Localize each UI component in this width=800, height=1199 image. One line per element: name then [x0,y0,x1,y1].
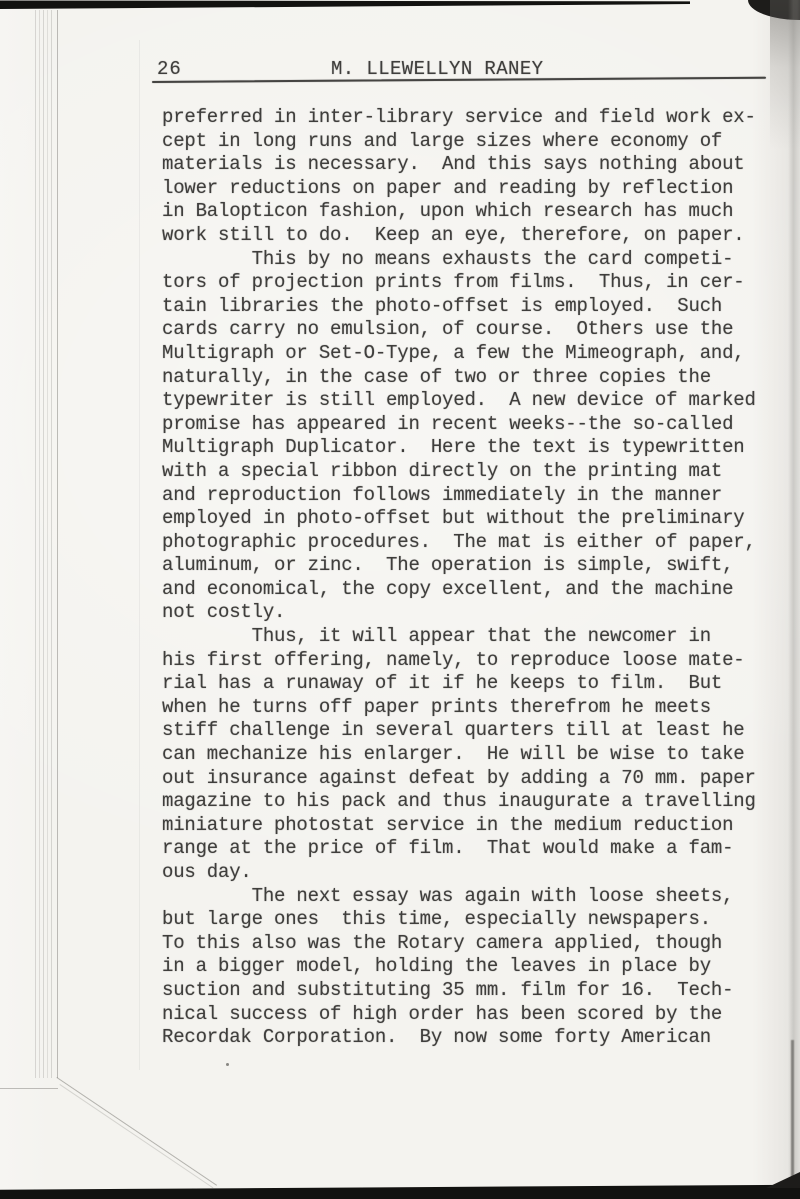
gutter-shadow-line [139,40,140,1070]
crease-horizontal [0,1088,58,1089]
crease-diagonal [56,1077,217,1186]
page-stack-line [43,10,44,1078]
scanned-book-page: 26 M. LLEWELLYN RANEY preferred in inter… [0,0,800,1199]
scan-speck [226,1063,229,1066]
page-number: 26 [157,58,182,82]
page-stack-line [51,10,52,1078]
scan-edge-bottom [0,1184,800,1199]
page-stack-line [35,10,36,1078]
page-stack-line [57,10,58,1078]
page-stack-line [39,10,40,1078]
body-text: preferred in inter-library service and f… [162,106,800,1050]
scan-edge-top [0,0,690,9]
page-edge-line-right [791,1040,794,1190]
page-stack-line [47,10,48,1078]
crease-diagonal-faint [59,1084,213,1188]
